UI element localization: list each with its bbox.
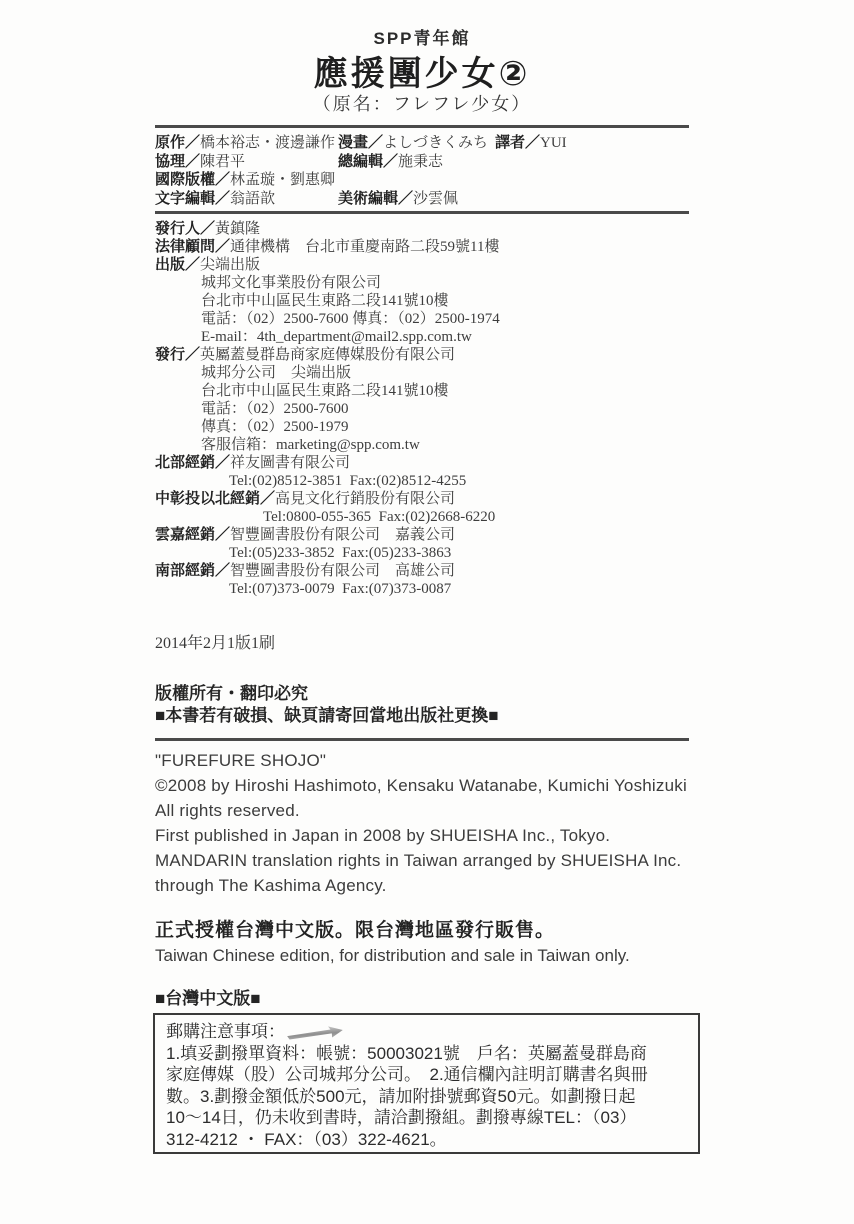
english-copyright-line: First published in Japan in 2008 by SHUE…: [155, 823, 687, 848]
issuer-line: 發行／英屬蓋曼群島商家庭傳媒股份有限公司: [155, 346, 500, 364]
field-value: 通律機構 台北市重慶南路二段59號11樓: [230, 239, 499, 255]
taiwan-edition-badge: ■台灣中文版■: [155, 984, 261, 1009]
credit-label: 總編輯／: [338, 153, 398, 170]
publisher-email-line: E-mail：4th_department@mail2.spp.com.tw: [155, 328, 500, 346]
issuer-service-email-line: 客服信箱：marketing@spp.com.tw: [155, 436, 500, 454]
field-label: 中彰投以北經銷／: [155, 490, 275, 507]
mail-order-title-row: 郵購注意事項：: [166, 1021, 687, 1043]
yunjia-distributor-line: 雲嘉經銷／智豐圖書股份有限公司 嘉義公司: [155, 526, 500, 544]
english-copyright-line: All rights reserved.: [155, 798, 687, 823]
yunjia-distributor-tel-line: Tel:(05)233-3852 Fax:(05)233-3863: [155, 544, 500, 562]
damage-notice: ■本書若有破損、缺頁請寄回當地出版社更換■: [155, 705, 499, 727]
mail-order-line: 10～14日，仍未收到書時，請洽劃撥組。劃撥專線TEL：（03）: [166, 1107, 687, 1129]
field-label: 出版／: [155, 256, 200, 273]
credit-value: 翁語歆: [230, 191, 275, 207]
credit-editor-in-chief: 總編輯／施秉志: [338, 153, 443, 172]
original-title: （原名：フレフレ少女）: [155, 90, 689, 116]
mail-order-line: 數。3.劃撥金額低於500元，請加附掛號郵資50元。如劃撥日起: [166, 1086, 687, 1108]
credit-label: 原作／: [155, 134, 200, 151]
publisher-company-line: 城邦文化事業股份有限公司: [155, 274, 500, 292]
divider-credits: [155, 211, 689, 214]
north-distributor-line: 北部經銷／祥友圖書有限公司: [155, 454, 500, 472]
copyright-notice: 版權所有・翻印必究: [155, 683, 499, 705]
english-copyright-line: MANDARIN translation rights in Taiwan ar…: [155, 848, 687, 873]
field-value: 祥友圖書有限公司: [230, 455, 350, 471]
authorization-chinese: 正式授權台灣中文版。限台灣地區發行販售。: [155, 915, 555, 942]
credit-label: 文字編輯／: [155, 190, 230, 207]
south-distributor-line: 南部經銷／智豐圖書股份有限公司 高雄公司: [155, 562, 500, 580]
field-label: 北部經銷／: [155, 454, 230, 471]
north-distributor-tel-line: Tel:(02)8512-3851 Fax:(02)8512-4255: [155, 472, 500, 490]
credit-label: 國際版權／: [155, 171, 230, 188]
credits-row: 協理／陳君平 總編輯／施秉志: [155, 153, 567, 172]
authorization-english: Taiwan Chinese edition, for distribution…: [155, 946, 630, 966]
english-copyright-line: through The Kashima Agency.: [155, 873, 687, 898]
publisher-address-line: 台北市中山區民生東路二段141號10樓: [155, 292, 500, 310]
mail-order-box: 郵購注意事項： 1.填妥劃撥單資料：帳號：50003021號 戶名：英屬蓋曼群島…: [153, 1013, 700, 1154]
publication-block: 發行人／黃鎮隆 法律顧問／通律機構 台北市重慶南路二段59號11樓 出版／尖端出…: [155, 220, 500, 598]
english-copyright-block: "FUREFURE SHOJO" ©2008 by Hiroshi Hashim…: [155, 748, 687, 898]
central-distributor-tel-line: Tel:0800-055-365 Fax:(02)2668-6220: [155, 508, 500, 526]
legal-advisor-line: 法律顧問／通律機構 台北市重慶南路二段59號11樓: [155, 238, 500, 256]
field-value: 英屬蓋曼群島商家庭傳媒股份有限公司: [200, 347, 455, 363]
credits-row: 原作／橋本裕志・渡邊謙作 漫畫／よしづきくみち 譯者／YUI: [155, 134, 567, 153]
credit-label: 漫畫／: [338, 134, 383, 151]
english-copyright-line: "FUREFURE SHOJO": [155, 748, 687, 773]
credit-value: 施秉志: [398, 154, 443, 170]
credit-international-rights: 國際版權／林孟璇・劉惠卿: [155, 171, 335, 190]
mail-order-title: 郵購注意事項：: [166, 1021, 285, 1043]
mail-order-line: 1.填妥劃撥單資料：帳號：50003021號 戶名：英屬蓋曼群島商: [166, 1043, 687, 1065]
credit-value: 橋本裕志・渡邊謙作: [200, 135, 335, 151]
issuer-phone-line: 電話：（02）2500-7600: [155, 400, 500, 418]
field-value: 尖端出版: [200, 257, 260, 273]
print-date: 2014年2月1版1刷: [155, 630, 275, 653]
field-label: 發行人／: [155, 220, 215, 237]
divider-rights: [155, 738, 689, 741]
credit-value: よしづきくみち: [383, 135, 488, 151]
credit-label: 協理／: [155, 153, 200, 170]
credits-block: 原作／橋本裕志・渡邊謙作 漫畫／よしづきくみち 譯者／YUI 協理／陳君平 總編…: [155, 134, 567, 208]
credit-text-editor: 文字編輯／翁語歆: [155, 190, 338, 209]
publisher-phone-line: 電話：（02）2500-7600 傳真：（02）2500-1974: [155, 310, 500, 328]
field-value: 黃鎮隆: [215, 221, 260, 237]
credits-row: 國際版權／林孟璇・劉惠卿: [155, 171, 567, 190]
mail-order-line: 家庭傳媒（股）公司城邦分公司。 2.通信欄內註明訂購書名與冊: [166, 1064, 687, 1086]
credit-manga: 漫畫／よしづきくみち: [338, 134, 495, 153]
credit-label: 美術編輯／: [338, 190, 413, 207]
field-label: 南部經銷／: [155, 562, 230, 579]
field-value: 智豐圖書股份有限公司 嘉義公司: [230, 527, 455, 543]
credit-value: 陳君平: [200, 154, 245, 170]
credit-translator: 譯者／YUI: [495, 134, 567, 153]
credit-value: 沙雲佩: [413, 191, 458, 207]
field-label: 雲嘉經銷／: [155, 526, 230, 543]
issuer-address-line: 台北市中山區民生東路二段141號10樓: [155, 382, 500, 400]
english-copyright-line: ©2008 by Hiroshi Hashimoto, Kensaku Wata…: [155, 773, 687, 798]
colophon-page: SPP青年館 應援團少女② （原名：フレフレ少女） 原作／橋本裕志・渡邊謙作 漫…: [0, 0, 854, 1224]
field-value: 智豐圖書股份有限公司 高雄公司: [230, 563, 455, 579]
book-title: 應援團少女②: [155, 46, 689, 95]
central-distributor-line: 中彰投以北經銷／高見文化行銷股份有限公司: [155, 490, 500, 508]
credit-original-work: 原作／橋本裕志・渡邊謙作: [155, 134, 338, 153]
credit-label: 譯者／: [495, 134, 540, 151]
credit-art-editor: 美術編輯／沙雲佩: [338, 190, 458, 209]
rights-block: 版權所有・翻印必究 ■本書若有破損、缺頁請寄回當地出版社更換■: [155, 683, 499, 727]
field-label: 法律顧問／: [155, 238, 230, 255]
pencil-arrow-icon: [287, 1025, 344, 1042]
issuer-fax-line: 傳真：（02）2500-1979: [155, 418, 500, 436]
publisher-person-line: 發行人／黃鎮隆: [155, 220, 500, 238]
south-distributor-tel-line: Tel:(07)373-0079 Fax:(07)373-0087: [155, 580, 500, 598]
credit-value: 林孟璇・劉惠卿: [230, 172, 335, 188]
credits-row: 文字編輯／翁語歆 美術編輯／沙雲佩: [155, 190, 567, 209]
publisher-line: 出版／尖端出版: [155, 256, 500, 274]
issuer-branch-line: 城邦分公司 尖端出版: [155, 364, 500, 382]
credit-value: YUI: [540, 135, 567, 151]
field-label: 發行／: [155, 346, 200, 363]
field-value: 高見文化行銷股份有限公司: [275, 491, 455, 507]
divider-top: [155, 125, 689, 128]
credit-associate-director: 協理／陳君平: [155, 153, 338, 172]
mail-order-line: 312-4212 ・ FAX：（03）322-4621。: [166, 1129, 687, 1151]
